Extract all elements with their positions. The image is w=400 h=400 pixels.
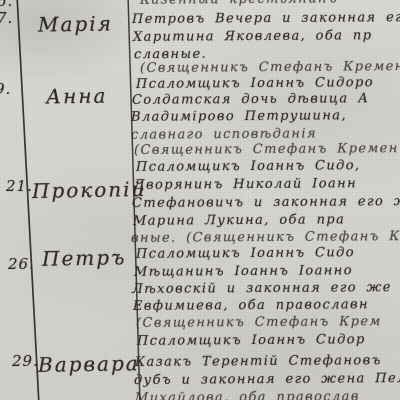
record-text-line: вные. (Священникъ Стефанъ К	[131, 229, 400, 246]
record-text-line: славнаго исповѣданія	[131, 126, 317, 142]
record-text-line: Мѣщанинъ Іоаннъ Іоанно	[134, 263, 353, 280]
record-text-line: Владимірово Петрушина,	[131, 108, 347, 125]
record-text-line: Дворянинъ Николай Іоанн	[134, 176, 357, 193]
entry-number: 29.	[12, 352, 39, 370]
entry-number: 7.	[0, 9, 13, 27]
record-text-line: Псаломщикъ Іоаннъ Сидоро	[136, 75, 374, 92]
entry-name-prokopiy: Прокопій	[32, 177, 147, 203]
record-text-line: Петровъ Вечера и законная его	[132, 10, 400, 27]
entry-name-maria: Марія	[38, 11, 113, 36]
entry-number: 21.	[6, 177, 33, 195]
record-text-line: Евфимиева, оба православн	[133, 297, 369, 314]
entry-number: 9.	[0, 80, 11, 98]
record-text-line: дубъ и законная его жена Пел	[134, 371, 400, 388]
record-text-line: Казакъ Терентій Стефановъ	[135, 353, 382, 370]
metrical-book-scan: 6. 7. 9. 21. 26. 29. Марія Анна Прокопій…	[0, 0, 400, 400]
record-text-line: (Священникъ Стефанъ Кремен	[134, 141, 399, 158]
entry-name-varvara: Варвара	[38, 351, 140, 377]
record-text-line: Солдатская дочь дѣвица А	[132, 91, 369, 108]
entry-number: 26.	[8, 255, 35, 273]
entry-name-anna: Анна	[46, 83, 108, 108]
record-text-line: Псаломщикъ Іоаннъ Сидо,	[136, 158, 361, 175]
record-text-line: (Священникъ Стефанъ Крем	[136, 314, 382, 331]
entry-name-petr: Петръ	[42, 245, 127, 270]
record-text-line: Лѣховскій и законная его же	[132, 280, 392, 297]
record-text-line: Марина Лукина, оба пра	[133, 212, 345, 228]
record-text-line: Псаломщикъ Іоаннъ Сидо	[136, 245, 355, 262]
record-text-line: (Священникъ Стефанъ Кремен	[140, 59, 400, 76]
record-text-line: Псаломщикъ Іоаннъ Сидор	[137, 332, 366, 349]
record-text-line: Михайлова, оба православ	[135, 389, 360, 400]
record-text-line: Харитина Яковлева, оба пр	[133, 28, 373, 45]
record-text-line: Стефановичъ и законная его ж	[132, 194, 400, 211]
